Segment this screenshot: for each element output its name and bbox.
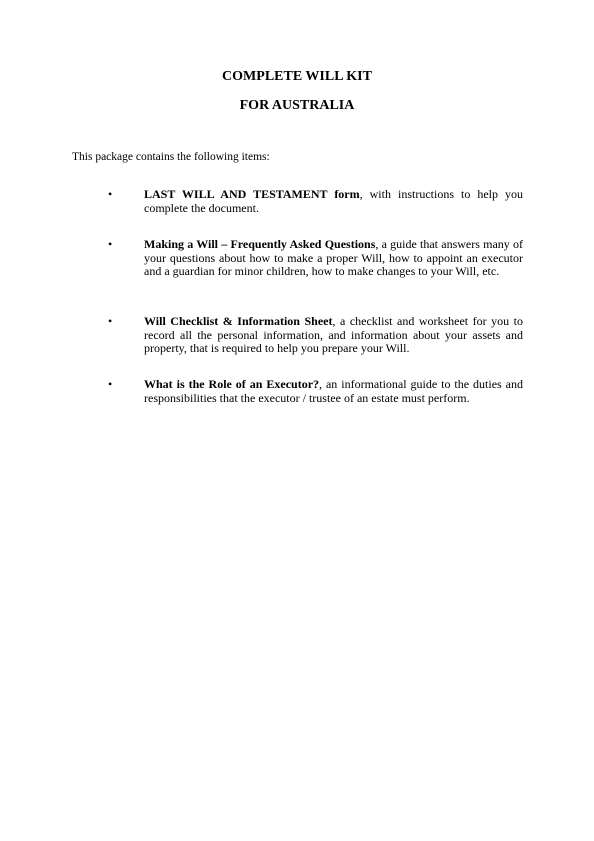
bullet-icon: • <box>108 315 144 329</box>
bullet-icon: • <box>108 378 144 392</box>
bullet-icon: • <box>108 188 144 202</box>
list-item: • What is the Role of an Executor?, an i… <box>108 378 523 405</box>
list-item: • LAST WILL AND TESTAMENT form, with ins… <box>108 188 523 215</box>
list-item: • Making a Will – Frequently Asked Quest… <box>108 238 523 279</box>
list-item: • Will Checklist & Information Sheet, a … <box>108 315 523 356</box>
document-title: COMPLETE WILL KIT <box>0 69 594 85</box>
item-title: Will Checklist & Information Sheet <box>144 314 332 328</box>
item-title: Making a Will – Frequently Asked Questio… <box>144 237 375 251</box>
intro-paragraph: This package contains the following item… <box>72 151 270 163</box>
bullet-icon: • <box>108 238 144 252</box>
item-title: LAST WILL AND TESTAMENT form <box>144 187 360 201</box>
document-subtitle: FOR AUSTRALIA <box>0 98 594 114</box>
item-title: What is the Role of an Executor? <box>144 377 319 391</box>
